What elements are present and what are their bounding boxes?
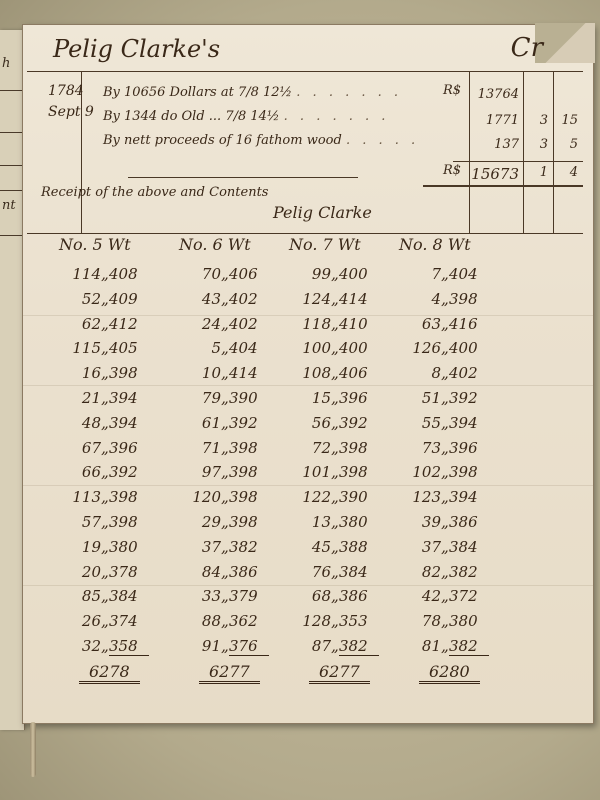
ditto-mark: „ — [221, 414, 229, 432]
table-row: 51„392 — [399, 389, 509, 414]
table-row: 99„400 — [289, 265, 399, 290]
column-header: No. 7 Wt — [289, 235, 399, 265]
cask-number: 56 — [289, 414, 331, 432]
table-row: 52„409 — [59, 290, 169, 315]
account-entry: By 10656 Dollars at 7/8 12½ . . . . . . … — [103, 85, 402, 100]
cask-number: 37 — [399, 538, 441, 556]
ditto-mark: „ — [331, 563, 339, 581]
entry-amount: 13764 — [469, 87, 519, 102]
table-row: 19„380 — [59, 538, 169, 563]
cask-number: 62 — [59, 315, 101, 333]
weight-value: 388 — [339, 538, 379, 556]
ditto-mark: „ — [101, 538, 109, 556]
entry-description: By 1344 do Old ... 7/8 14½ — [103, 109, 280, 124]
currency-marker: R$ — [421, 83, 461, 98]
ditto-mark: „ — [441, 290, 449, 308]
table-row: 62„412 — [59, 315, 169, 340]
cask-number: 114 — [59, 265, 101, 283]
weight-value: 405 — [109, 339, 149, 357]
ditto-mark: „ — [101, 463, 109, 481]
table-row: 8„402 — [399, 364, 509, 389]
cask-number: 10 — [179, 364, 221, 382]
total-rule — [423, 185, 583, 187]
header-rule — [27, 71, 583, 72]
column-header: No. 8 Wt — [399, 235, 509, 265]
section-rule — [27, 233, 583, 234]
ditto-mark: „ — [441, 637, 449, 655]
ditto-mark: „ — [221, 538, 229, 556]
table-row: 128„353 — [289, 612, 399, 637]
weight-value: 400 — [339, 339, 379, 357]
currency-marker: R$ — [421, 163, 461, 178]
weight-value: 414 — [339, 290, 379, 308]
cask-number: 70 — [179, 265, 221, 283]
cask-number: 57 — [59, 513, 101, 531]
cask-number: 78 — [399, 612, 441, 630]
leader-dots: . . . . . . . — [284, 109, 390, 124]
cask-number: 72 — [289, 439, 331, 457]
weights-column-no6: No. 6 Wt 70„40643„40224„4025„40410„41479… — [179, 235, 289, 688]
left-page-fragment: h — [2, 56, 10, 71]
entry-amount-sub2: 15 — [553, 113, 578, 128]
ditto-mark: „ — [101, 612, 109, 630]
cask-number: 101 — [289, 463, 331, 481]
column-header: No. 5 Wt — [59, 235, 169, 265]
ditto-mark: „ — [441, 612, 449, 630]
cask-number: 51 — [399, 389, 441, 407]
weight-value: 412 — [109, 315, 149, 333]
binding-thread — [30, 722, 36, 777]
table-row: 91„376 — [179, 637, 289, 662]
cask-number: 26 — [59, 612, 101, 630]
divider — [0, 165, 24, 166]
table-row: 4„398 — [399, 290, 509, 315]
cask-number: 85 — [59, 587, 101, 605]
ditto-mark: „ — [101, 290, 109, 308]
ditto-mark: „ — [441, 538, 449, 556]
table-row: 15„396 — [289, 389, 399, 414]
entry-amount: 137 — [469, 137, 519, 152]
table-row: 67„396 — [59, 439, 169, 464]
weight-value: 398 — [229, 439, 269, 457]
table-row: 10„414 — [179, 364, 289, 389]
table-row: 79„390 — [179, 389, 289, 414]
cask-number: 71 — [179, 439, 221, 457]
table-row: 33„379 — [179, 587, 289, 612]
ditto-mark: „ — [221, 290, 229, 308]
cask-number: 7 — [399, 265, 441, 283]
cask-number: 81 — [399, 637, 441, 655]
table-row: 72„398 — [289, 439, 399, 464]
weight-value: 398 — [449, 463, 489, 481]
table-row: 37„382 — [179, 538, 289, 563]
column-header: No. 6 Wt — [179, 235, 289, 265]
ditto-mark: „ — [441, 315, 449, 333]
weight-value: 404 — [449, 265, 489, 283]
cask-number: 39 — [399, 513, 441, 531]
cask-number: 61 — [179, 414, 221, 432]
ditto-mark: „ — [221, 587, 229, 605]
entry-amount-sub1: 3 — [523, 113, 548, 128]
table-row: 70„406 — [179, 265, 289, 290]
weight-value: 398 — [229, 513, 269, 531]
weight-value: 394 — [109, 414, 149, 432]
table-row: 43„402 — [179, 290, 289, 315]
weight-value: 402 — [229, 290, 269, 308]
weight-value: 390 — [339, 488, 379, 506]
ditto-mark: „ — [331, 463, 339, 481]
table-row: 102„398 — [399, 463, 509, 488]
weight-value: 398 — [339, 463, 379, 481]
table-row: 16„398 — [59, 364, 169, 389]
weight-value: 384 — [109, 587, 149, 605]
ditto-mark: „ — [101, 587, 109, 605]
weight-value: 384 — [339, 563, 379, 581]
table-row: 66„392 — [59, 463, 169, 488]
table-row: 114„408 — [59, 265, 169, 290]
cask-number: 37 — [179, 538, 221, 556]
weight-value: 382 — [339, 637, 379, 656]
weight-value: 396 — [449, 439, 489, 457]
ditto-mark: „ — [101, 563, 109, 581]
column-total-value: 6277 — [199, 662, 260, 684]
cask-number: 55 — [399, 414, 441, 432]
table-row: 5„404 — [179, 339, 289, 364]
ditto-mark: „ — [221, 439, 229, 457]
cask-number: 67 — [59, 439, 101, 457]
cask-number: 76 — [289, 563, 331, 581]
ditto-mark: „ — [101, 439, 109, 457]
ditto-mark: „ — [441, 339, 449, 357]
weight-value: 394 — [449, 414, 489, 432]
divider — [0, 235, 24, 236]
weight-value: 380 — [109, 538, 149, 556]
cask-number: 115 — [59, 339, 101, 357]
cask-number: 42 — [399, 587, 441, 605]
cask-number: 99 — [289, 265, 331, 283]
table-row: 48„394 — [59, 414, 169, 439]
table-row: 45„388 — [289, 538, 399, 563]
column-total: 6280 — [399, 662, 509, 688]
cask-number: 19 — [59, 538, 101, 556]
divider — [128, 177, 358, 178]
weight-value: 372 — [449, 587, 489, 605]
weight-value: 398 — [339, 439, 379, 457]
table-row: 7„404 — [399, 265, 509, 290]
weight-value: 392 — [449, 389, 489, 407]
cask-number: 128 — [289, 612, 331, 630]
weight-value: 380 — [339, 513, 379, 531]
entry-amount-sub2: 5 — [553, 137, 578, 152]
ditto-mark: „ — [441, 265, 449, 283]
ditto-mark: „ — [221, 563, 229, 581]
table-row: 122„390 — [289, 488, 399, 513]
table-row: 84„386 — [179, 563, 289, 588]
weight-value: 379 — [229, 587, 269, 605]
cask-number: 33 — [179, 587, 221, 605]
weight-value: 394 — [109, 389, 149, 407]
table-row: 100„400 — [289, 339, 399, 364]
ditto-mark: „ — [221, 389, 229, 407]
weight-value: 358 — [109, 637, 149, 656]
weight-value: 392 — [109, 463, 149, 481]
ditto-mark: „ — [441, 563, 449, 581]
column-total: 6278 — [59, 662, 169, 688]
column-total-value: 6277 — [309, 662, 370, 684]
leader-dots: . . . . . — [346, 133, 419, 148]
column-total-value: 6278 — [79, 662, 140, 684]
ditto-mark: „ — [101, 265, 109, 283]
table-row: 42„372 — [399, 587, 509, 612]
table-row: 76„384 — [289, 563, 399, 588]
table-row: 82„382 — [399, 563, 509, 588]
table-row: 124„414 — [289, 290, 399, 315]
table-row: 123„394 — [399, 488, 509, 513]
weight-value: 378 — [109, 563, 149, 581]
cask-number: 5 — [179, 339, 221, 357]
table-row: 57„398 — [59, 513, 169, 538]
cask-number: 87 — [289, 637, 331, 655]
cask-number: 113 — [59, 488, 101, 506]
column-total-value: 6280 — [419, 662, 480, 684]
table-row: 118„410 — [289, 315, 399, 340]
folded-corner — [535, 23, 595, 63]
table-row: 115„405 — [59, 339, 169, 364]
ditto-mark: „ — [331, 315, 339, 333]
weight-value: 362 — [229, 612, 269, 630]
table-row: 71„398 — [179, 439, 289, 464]
ditto-mark: „ — [101, 513, 109, 531]
ditto-mark: „ — [441, 587, 449, 605]
weight-value: 414 — [229, 364, 269, 382]
cask-number: 29 — [179, 513, 221, 531]
entry-date: 1784 Sept 9 — [48, 81, 94, 123]
cask-number: 13 — [289, 513, 331, 531]
weight-value: 409 — [109, 290, 149, 308]
cask-number: 4 — [399, 290, 441, 308]
ditto-mark: „ — [101, 364, 109, 382]
cask-number: 88 — [179, 612, 221, 630]
ditto-mark: „ — [331, 637, 339, 655]
weight-value: 386 — [229, 563, 269, 581]
cask-number: 118 — [289, 315, 331, 333]
account-entry: By 1344 do Old ... 7/8 14½ . . . . . . . — [103, 109, 389, 124]
column-total: 6277 — [289, 662, 399, 688]
table-row: 56„392 — [289, 414, 399, 439]
table-row: 32„358 — [59, 637, 169, 662]
weight-value: 396 — [339, 389, 379, 407]
weight-value: 402 — [449, 364, 489, 382]
page-title: Pelig Clarke's — [53, 35, 220, 63]
amount-column-rule — [523, 71, 524, 233]
ditto-mark: „ — [331, 439, 339, 457]
table-row: 88„362 — [179, 612, 289, 637]
weight-value: 382 — [229, 538, 269, 556]
ditto-mark: „ — [221, 463, 229, 481]
weight-value: 384 — [449, 538, 489, 556]
leader-dots: . . . . . . . — [296, 85, 402, 100]
table-row: 26„374 — [59, 612, 169, 637]
weights-column-no7: No. 7 Wt 99„400124„414118„410100„400108„… — [289, 235, 399, 688]
entry-amount-sub1: 3 — [523, 137, 548, 152]
ditto-mark: „ — [101, 389, 109, 407]
ditto-mark: „ — [441, 463, 449, 481]
ditto-mark: „ — [331, 587, 339, 605]
ditto-mark: „ — [441, 439, 449, 457]
table-row: 78„380 — [399, 612, 509, 637]
ditto-mark: „ — [221, 488, 229, 506]
weight-value: 392 — [229, 414, 269, 432]
ditto-mark: „ — [221, 637, 229, 655]
weight-value: 386 — [339, 587, 379, 605]
weight-value: 386 — [449, 513, 489, 531]
ditto-mark: „ — [101, 315, 109, 333]
ditto-mark: „ — [331, 538, 339, 556]
cask-number: 48 — [59, 414, 101, 432]
table-row: 55„394 — [399, 414, 509, 439]
weight-value: 382 — [449, 637, 489, 656]
ditto-mark: „ — [221, 339, 229, 357]
sum-rule — [453, 161, 583, 162]
weight-value: 410 — [339, 315, 379, 333]
weight-value: 400 — [449, 339, 489, 357]
ditto-mark: „ — [441, 414, 449, 432]
entry-year: 1784 — [48, 81, 94, 102]
cask-number: 97 — [179, 463, 221, 481]
ditto-mark: „ — [221, 265, 229, 283]
table-row: 61„392 — [179, 414, 289, 439]
ditto-mark: „ — [331, 513, 339, 531]
cask-number: 8 — [399, 364, 441, 382]
cask-number: 82 — [399, 563, 441, 581]
weights-column-no5: No. 5 Wt 114„40852„40962„412115„40516„39… — [59, 235, 169, 688]
entry-description: By nett proceeds of 16 fathom wood — [103, 133, 342, 148]
account-total-sub2: 4 — [553, 165, 578, 180]
ditto-mark: „ — [331, 364, 339, 382]
weight-value: 406 — [229, 265, 269, 283]
weight-value: 398 — [109, 364, 149, 382]
weight-value: 353 — [339, 612, 379, 630]
table-row: 13„380 — [289, 513, 399, 538]
ditto-mark: „ — [331, 290, 339, 308]
entry-description: By 10656 Dollars at 7/8 12½ — [103, 85, 292, 100]
ditto-mark: „ — [331, 339, 339, 357]
weight-value: 380 — [449, 612, 489, 630]
cask-number: 20 — [59, 563, 101, 581]
column-total: 6277 — [179, 662, 289, 688]
weight-value: 404 — [229, 339, 269, 357]
weight-value: 416 — [449, 315, 489, 333]
ditto-mark: „ — [441, 513, 449, 531]
weight-value: 398 — [449, 290, 489, 308]
credit-marker: Cr — [511, 33, 543, 63]
cask-number: 63 — [399, 315, 441, 333]
weight-value: 392 — [339, 414, 379, 432]
weight-value: 394 — [449, 488, 489, 506]
weight-value: 398 — [109, 513, 149, 531]
cask-number: 66 — [59, 463, 101, 481]
cask-number: 79 — [179, 389, 221, 407]
cask-number: 16 — [59, 364, 101, 382]
ditto-mark: „ — [331, 612, 339, 630]
cask-number: 24 — [179, 315, 221, 333]
table-row: 85„384 — [59, 587, 169, 612]
cask-number: 126 — [399, 339, 441, 357]
entry-amount: 1771 — [469, 113, 519, 128]
cask-number: 52 — [59, 290, 101, 308]
cask-number: 45 — [289, 538, 331, 556]
weight-value: 398 — [229, 488, 269, 506]
weight-value: 400 — [339, 265, 379, 283]
ditto-mark: „ — [331, 414, 339, 432]
cask-number: 124 — [289, 290, 331, 308]
ditto-mark: „ — [441, 389, 449, 407]
weight-value: 398 — [109, 488, 149, 506]
weights-column-no8: No. 8 Wt 7„4044„39863„416126„4008„40251„… — [399, 235, 509, 688]
table-row: 20„378 — [59, 563, 169, 588]
ditto-mark: „ — [221, 315, 229, 333]
cask-number: 15 — [289, 389, 331, 407]
receipt-note: Receipt of the above and Contents — [41, 185, 268, 200]
entry-day: Sept 9 — [48, 102, 94, 123]
table-row: 108„406 — [289, 364, 399, 389]
table-row: 37„384 — [399, 538, 509, 563]
table-row: 39„386 — [399, 513, 509, 538]
ditto-mark: „ — [101, 637, 109, 655]
cask-number: 122 — [289, 488, 331, 506]
table-row: 97„398 — [179, 463, 289, 488]
weight-value: 382 — [449, 563, 489, 581]
ditto-mark: „ — [101, 339, 109, 357]
cask-number: 123 — [399, 488, 441, 506]
cask-number: 68 — [289, 587, 331, 605]
ditto-mark: „ — [221, 364, 229, 382]
table-row: 24„402 — [179, 315, 289, 340]
weight-value: 398 — [229, 463, 269, 481]
ditto-mark: „ — [441, 364, 449, 382]
cask-number: 120 — [179, 488, 221, 506]
weight-value: 374 — [109, 612, 149, 630]
divider — [0, 90, 24, 91]
table-row: 29„398 — [179, 513, 289, 538]
ditto-mark: „ — [441, 488, 449, 506]
weight-value: 390 — [229, 389, 269, 407]
table-row: 120„398 — [179, 488, 289, 513]
weight-value: 402 — [229, 315, 269, 333]
cask-number: 91 — [179, 637, 221, 655]
table-row: 101„398 — [289, 463, 399, 488]
table-row: 68„386 — [289, 587, 399, 612]
left-page-fragment: nt — [2, 198, 16, 213]
table-row: 73„396 — [399, 439, 509, 464]
table-row: 81„382 — [399, 637, 509, 662]
cask-number: 73 — [399, 439, 441, 457]
cask-number: 32 — [59, 637, 101, 655]
account-total: 15673 — [469, 165, 519, 183]
divider — [0, 190, 24, 191]
table-row: 87„382 — [289, 637, 399, 662]
ditto-mark: „ — [331, 265, 339, 283]
table-row: 126„400 — [399, 339, 509, 364]
ditto-mark: „ — [331, 488, 339, 506]
cask-number: 43 — [179, 290, 221, 308]
amount-column-rule — [553, 71, 554, 233]
cask-number: 100 — [289, 339, 331, 357]
ditto-mark: „ — [331, 389, 339, 407]
cask-number: 21 — [59, 389, 101, 407]
cask-number: 84 — [179, 563, 221, 581]
ditto-mark: „ — [221, 513, 229, 531]
